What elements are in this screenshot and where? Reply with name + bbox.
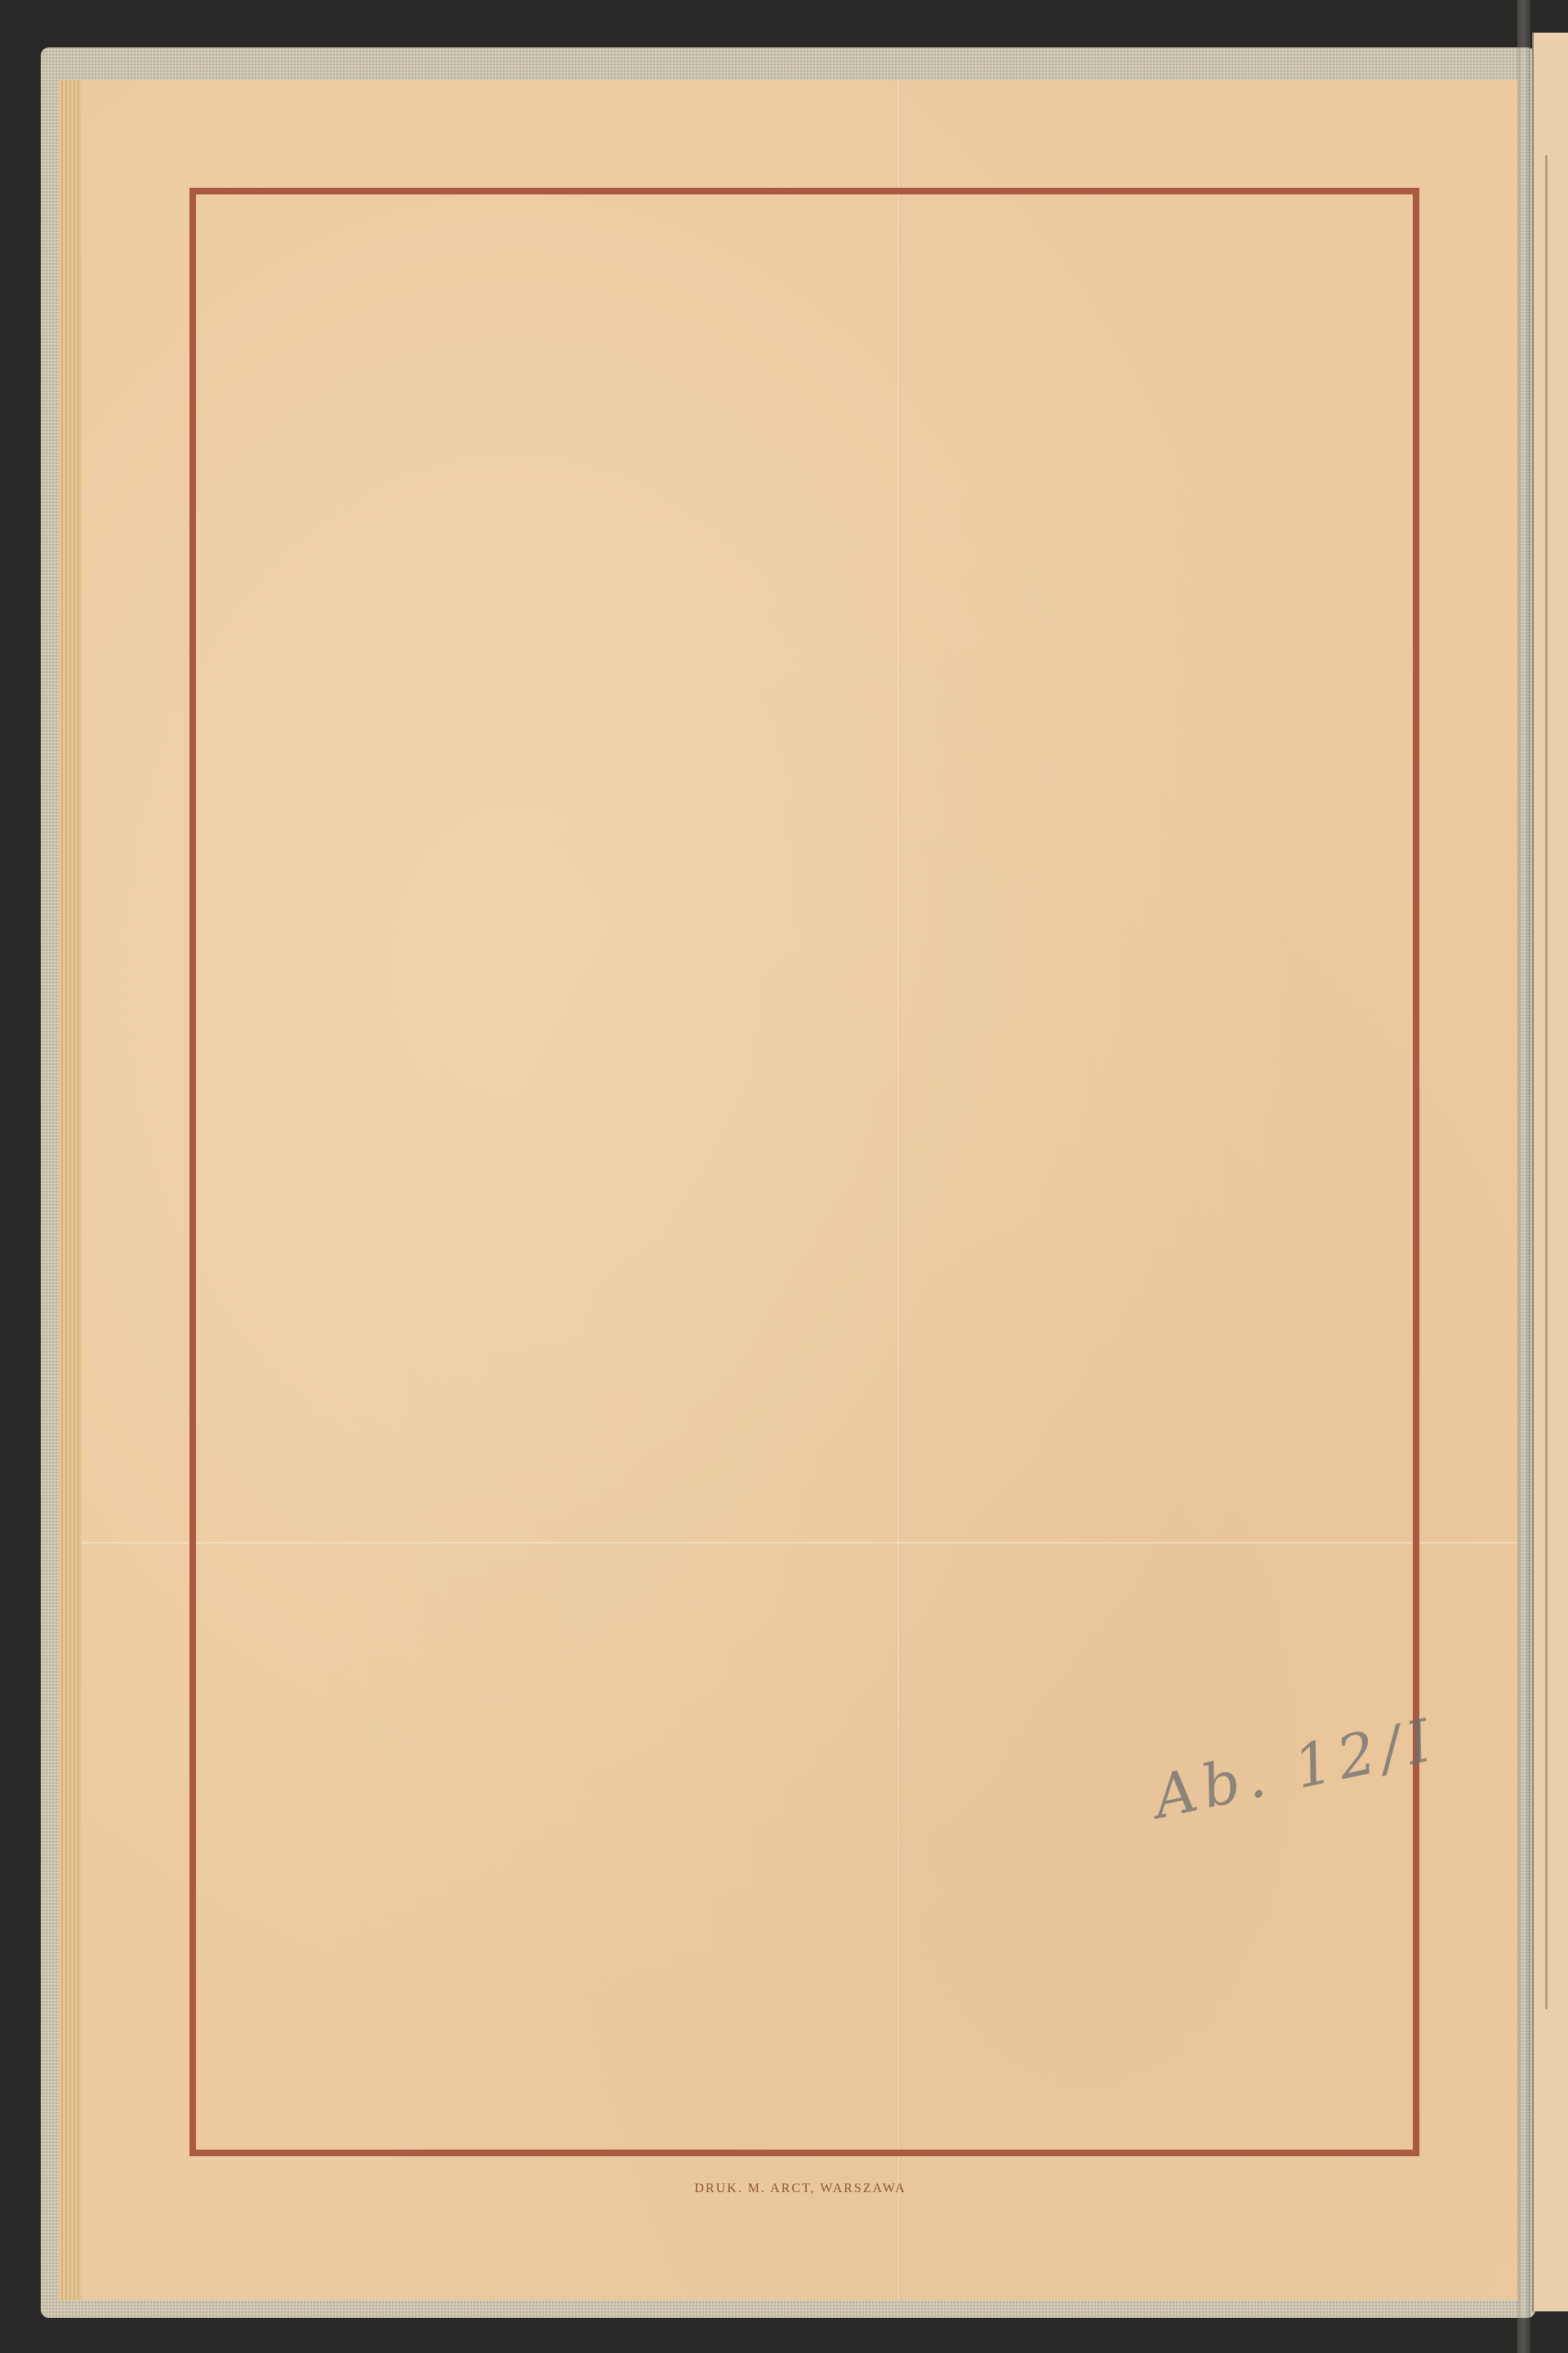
decorative-border-frame bbox=[189, 188, 1419, 2156]
adjacent-page-border bbox=[1545, 155, 1568, 2009]
document-page: Ab. 12/I DRUK. M. ARCT, WARSZAWA bbox=[82, 80, 1519, 2300]
plastic-sleeve-edge bbox=[1517, 0, 1530, 2353]
printer-imprint: DRUK. M. ARCT, WARSZAWA bbox=[82, 2181, 1519, 2196]
adjacent-page-strip bbox=[1532, 33, 1568, 2311]
page-stack-edges bbox=[59, 80, 83, 2300]
